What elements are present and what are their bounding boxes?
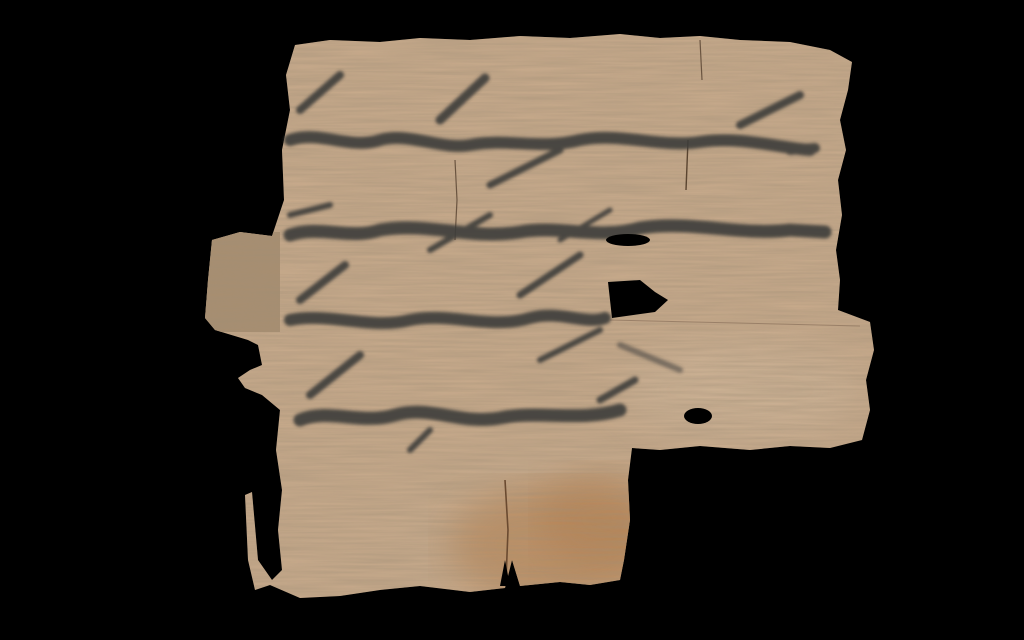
papyrus-photograph <box>0 0 1024 640</box>
